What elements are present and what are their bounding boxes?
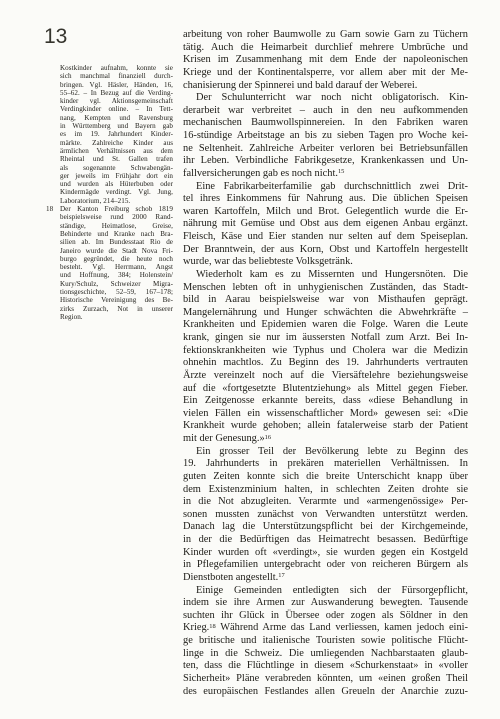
text-line: tionsgeschichte, 52–59, 167–178; [60,288,173,296]
text-line: 16-stündige Arbeitstage an bis zu sieben… [183,130,468,143]
paragraph: Wiederholt kam es zu Missernten und Hung… [183,269,468,446]
text-line: vielen Fällen ein wissenschaftlicher Mor… [183,408,468,421]
text-line: Kinder wurden oft «verdingt», sie wurden… [183,547,468,560]
text-line: wurde, war das beliebteste Volksgetränk. [183,256,468,269]
document-page: 13 Kostkinder aufnahm, konnte siesich ma… [0,0,500,719]
text-line: waren Kartoffeln, Milch und Brot. Gelege… [183,206,468,219]
text-line: bringen. Vgl. Häsler, Händen, 16, [60,81,173,89]
paragraph: Eine Fabrikarbeiterfamilie gab durchschn… [183,181,468,269]
text-line: Fleisch, Käse und Eier standen nur selte… [183,231,468,244]
text-line: Krankheit wurde gehoben; allein fatalerw… [183,420,468,433]
text-line: Sicherheit» Pläne verabreden könnten, um… [183,673,468,686]
text-line: in der die Bedürftigen das Heimatrecht b… [183,534,468,547]
text-line: Laboratorium, 214–215. [60,197,173,205]
text-line: fallversicherungen gab es noch nicht.15 [183,168,468,181]
text-line: Der Schulunterricht war noch nicht oblig… [183,92,468,105]
text-line: ne Seltenheit. Zahlreiche Arbeiter verlo… [183,143,468,156]
text-line: Rheintal und St. Gallen trafen [60,155,173,163]
text-line: als sogenannte Schwabengän- [60,164,173,172]
paragraph: arbeitung von roher Baumwolle zu Garn so… [183,29,468,92]
text-line: Historische Vereinigung des Be- [60,296,173,304]
text-line: 19. Jahrhunderts in prekären materiellen… [183,458,468,471]
text-line: silien ab. Im Bundesstaat Rio de [60,238,173,246]
text-line: Verdingkinder online. – In Tett- [60,105,173,113]
text-line: sonen mussten zunächst von Verwandten un… [183,509,468,522]
text-line: mechanischen Baumwollspinnereien. In den… [183,117,468,130]
text-line: Einige Gemeinden entledigten sich der Fü… [183,585,468,598]
footnote-ref: 16 [265,434,271,441]
text-line: ärmlichen Verhältnissen aus dem [60,147,173,155]
text-line: ge britische und italienische Touristen … [183,635,468,648]
text-line: Eine Fabrikarbeiterfamilie gab durchschn… [183,181,468,194]
margin-footnotes: Kostkinder aufnahm, konnte siesich manch… [60,64,173,321]
text-line: Der Branntwein, der aus Korn, Obst und K… [183,244,468,257]
text-line: sich manchmal finanziell durch- [60,72,173,80]
text-line: nang, Kempten und Ravensburg [60,114,173,122]
text-line: des europäischen Festlandes allen Greuel… [183,686,468,699]
text-line: fektionskrankheiten wie Typhus und Chole… [183,345,468,358]
text-line: und Hoffnung, 384; Holenstein/ [60,271,173,279]
text-line: Krankheiten und Epidemien waren die Folg… [183,319,468,332]
text-line: Kindermägde verdingt. Vgl. Jung, [60,188,173,196]
footnote-ref: 18 [209,623,215,630]
text-line: Der Kanton Freiburg schob 1819 [60,205,173,213]
text-line: arbeitung von roher Baumwolle zu Garn so… [183,29,468,42]
text-line: Ein grosser Teil der Bevölkerung lebte z… [183,446,468,459]
text-line: ständige, Heimatlose, Greise, [60,222,173,230]
text-line: es im 19. Jahrhundert Kinder- [60,130,173,138]
text-line: kinder vgl. Aktionsgemeinschaft [60,97,173,105]
text-line: indem sie ihre Armen zur Auswanderung be… [183,597,468,610]
text-line: krank, gingen sie nur im äussersten Notf… [183,332,468,345]
text-line: chanisierung der Spinnerei und bald dara… [183,80,468,93]
text-line: mit der Genesung.»16 [183,433,468,446]
footnote: Kostkinder aufnahm, konnte siesich manch… [60,64,173,205]
text-line: ten, dass die Flüchtlinge in diesem «Sch… [183,660,468,673]
text-line: Kostkinder aufnahm, konnte sie [60,64,173,72]
main-text: arbeitung von roher Baumwolle zu Garn so… [183,29,468,698]
text-line: Kriege und der Kontinentalsperre, vor al… [183,67,468,80]
text-line: nährung mit Gemüse und Obst aus dem eige… [183,218,468,231]
text-line: bild in Aarau beispielsweise war von Mis… [183,294,468,307]
paragraph: Ein grosser Teil der Bevölkerung lebte z… [183,446,468,585]
text-line: burgo gegründet, die heute noch [60,255,173,263]
text-line: Wiederholt kam es zu Missernten und Hung… [183,269,468,282]
text-line: 55–62. – In Bezug auf die Verding- [60,89,173,97]
text-line: beispielsweise rund 2000 Rand- [60,213,173,221]
text-line: ger jeweils im Frühjahr dort ein [60,172,173,180]
paragraph: Einige Gemeinden entledigten sich der Fü… [183,585,468,699]
text-line: linge in die Schweiz. Die umliegenden Na… [183,648,468,661]
text-line: Ärzte vereinzelt noch auf die Viersäftel… [183,370,468,383]
text-line: auf die «fortgesetzte Blutentziehung» al… [183,383,468,396]
text-line: derarbeit war verbreitet – auch in den n… [183,105,468,118]
paragraph: Der Schulunterricht war noch nicht oblig… [183,92,468,180]
text-line: guten Zeiten konnte sich die breite Unte… [183,471,468,484]
text-line: Region. [60,313,173,321]
text-line: in Pflegefamilien untergebracht oder von… [183,559,468,572]
text-line: Danach lag die Unterstützungspflicht bei… [183,521,468,534]
text-line: Krisen im Zusammenhang mit dem Ende der … [183,54,468,67]
text-line: ihr Leben. Verbindliche Fabrikgesetze, K… [183,155,468,168]
text-line: suchten ihr Glück in Übersee oder zogen … [183,610,468,623]
text-line: in die Not abzugleiten. Verarmte und «ar… [183,496,468,509]
text-line: besteht. Vgl. Herrmann, Angst [60,263,173,271]
text-line: in Württemberg und Bayern gab [60,122,173,130]
footnote: 18Der Kanton Freiburg schob 1819beispiel… [60,205,173,321]
footnote-ref: 15 [338,168,344,175]
text-line: dem Existenzminium halten, in schlechten… [183,484,468,497]
text-line: Janeiro wurde die Stadt Nova Fri- [60,247,173,255]
text-line: märkte. Zahlreiche Kinder aus [60,139,173,147]
text-line: Krieg.18 Während Arme das Land verliesse… [183,622,468,635]
footnote-ref: 17 [278,572,284,579]
text-line: ohnehin machtlos. Zu Beginn des 19. Jahr… [183,357,468,370]
text-line: Ein Zeitgenosse erkannte bereits, dass «… [183,395,468,408]
text-line: Dienstboten angestellt.17 [183,572,468,585]
text-line: Behinderte und Kranke nach Bra- [60,230,173,238]
footnote-number: 18 [46,205,53,213]
text-line: Menschen lebten oft in unhygienischen Zu… [183,282,468,295]
text-line: und wurden als Hüterbuben oder [60,180,173,188]
text-line: Kury/Schulz, Schweizer Migra- [60,280,173,288]
page-number: 13 [44,26,67,47]
text-line: zirks Zurzach, Not in unserer [60,305,173,313]
text-line: tätig. Auch die Heimarbeit durchlief meh… [183,42,468,55]
text-line: Mangelernährung und Hunger schwächten di… [183,307,468,320]
text-line: tel ihres Einkommens für Nahrung aus. Di… [183,193,468,206]
